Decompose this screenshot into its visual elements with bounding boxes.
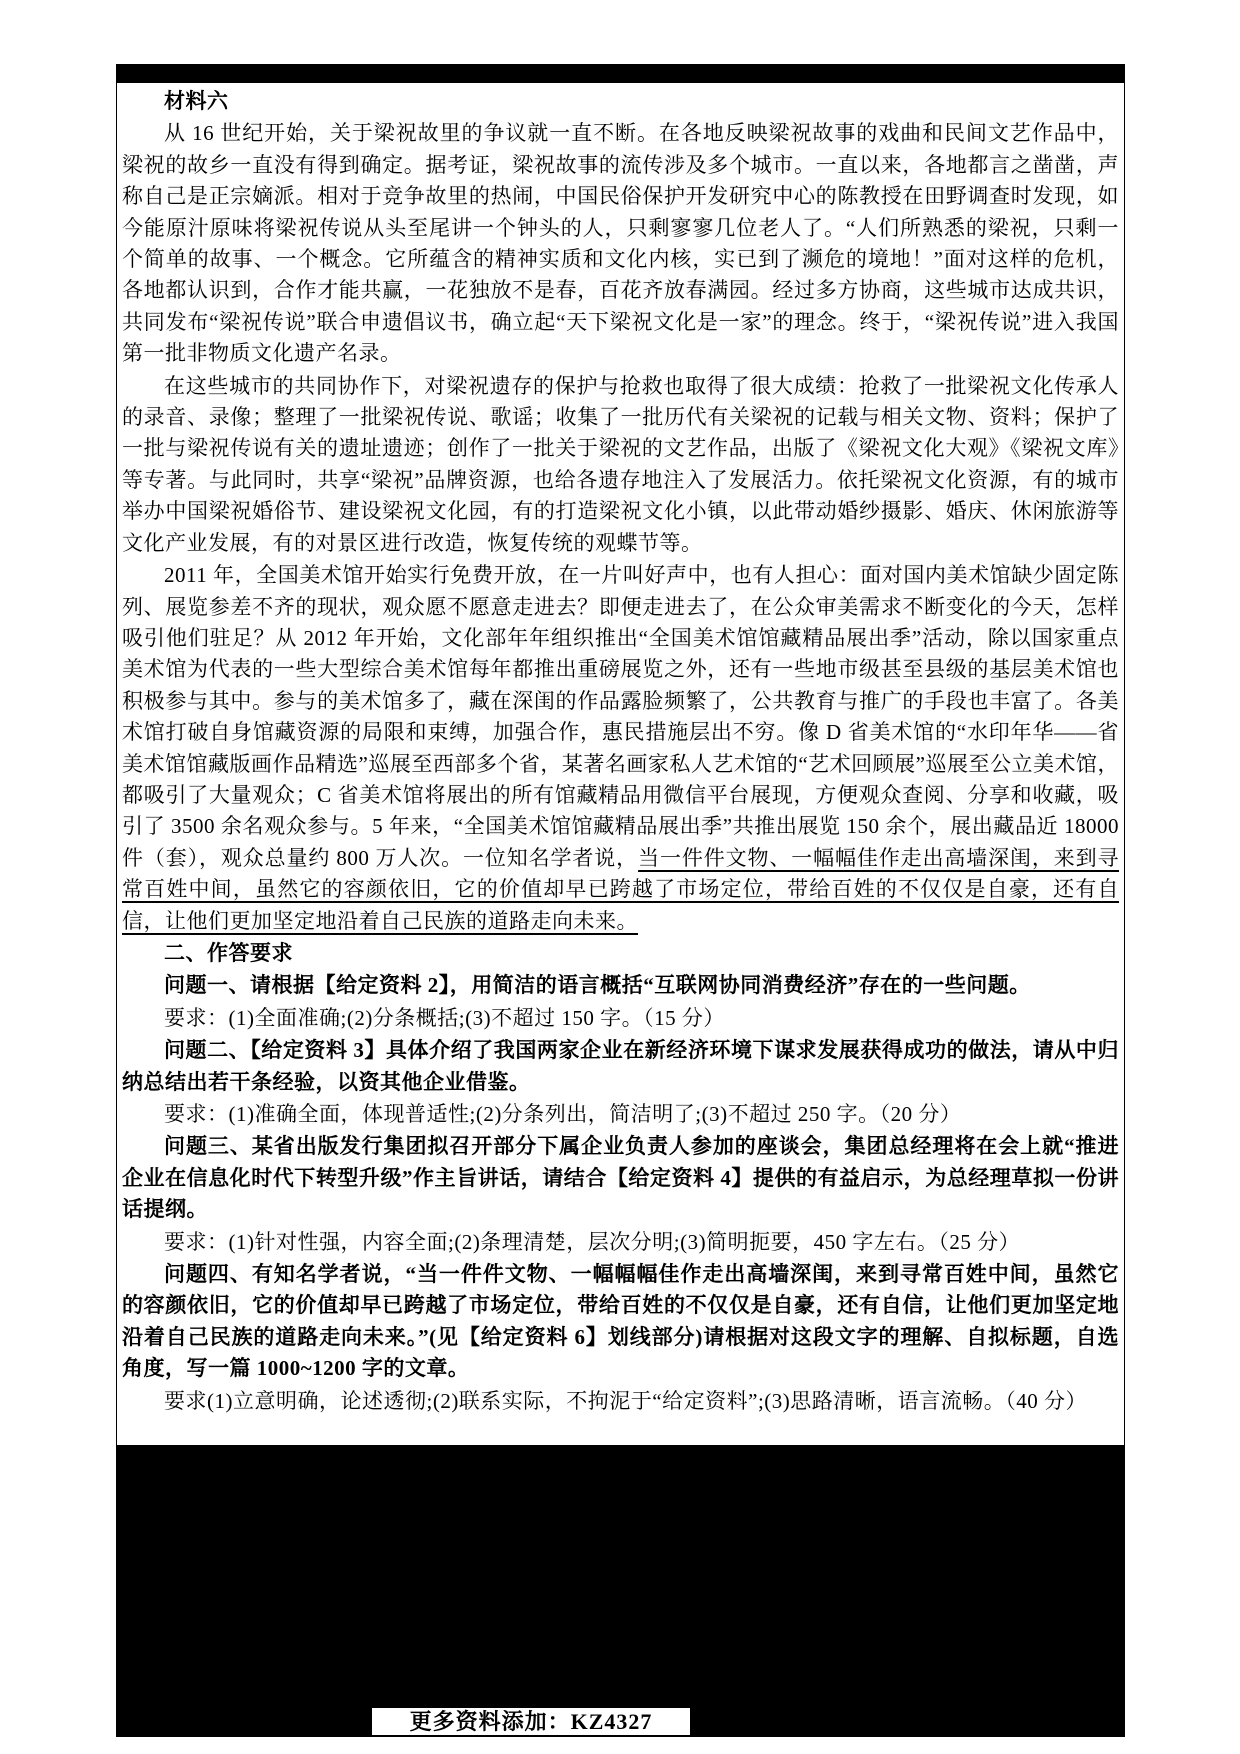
- paragraph-text: 2011 年，全国美术馆开始实行免费开放，在一片叫好声中，也有人担心：面对国内美…: [122, 563, 1119, 870]
- material-paragraph: 在这些城市的共同协作下，对梁祝遗存的保护与抢救也取得了很大成绩：抢救了一批梁祝文…: [122, 371, 1119, 559]
- question-prompt: 问题一、请根据【给定资料 2】，用简洁的语言概括“互联网协同消费经济”存在的一些…: [122, 970, 1119, 1001]
- material-paragraph: 2011 年，全国美术馆开始实行免费开放，在一片叫好声中，也有人担心：面对国内美…: [122, 560, 1119, 937]
- question-requirement: 要求：(1)针对性强，内容全面;(2)条理清楚，层次分明;(3)简明扼要，450…: [122, 1227, 1119, 1258]
- document-body: 材料六 从 16 世纪开始，关于梁祝故里的争议就一直不断。在各地反映梁祝故事的戏…: [116, 83, 1125, 1445]
- paragraph-text: 从 16 世纪开始，关于梁祝故里的争议就一直不断。在各地反映梁祝故事的戏曲和民间…: [122, 121, 1119, 365]
- question-requirement: 要求：(1)全面准确;(2)分条概括;(3)不超过 150 字。（15 分）: [122, 1003, 1119, 1034]
- document-page: 材料六 从 16 世纪开始，关于梁祝故里的争议就一直不断。在各地反映梁祝故事的戏…: [0, 0, 1240, 1754]
- question-prompt: 问题三、某省出版发行集团拟召开部分下属企业负责人参加的座谈会，集团总经理将在会上…: [122, 1131, 1119, 1225]
- content-frame: 材料六 从 16 世纪开始，关于梁祝故里的争议就一直不断。在各地反映梁祝故事的戏…: [116, 64, 1125, 1737]
- paragraph-text: 在这些城市的共同协作下，对梁祝遗存的保护与抢救也取得了很大成绩：抢救了一批梁祝文…: [122, 374, 1119, 555]
- material-heading: 材料六: [122, 86, 1119, 117]
- question-requirement: 要求(1)立意明确，论述透彻;(2)联系实际，不拘泥于“给定资料”;(3)思路清…: [122, 1386, 1119, 1417]
- question-prompt: 问题二、【给定资料 3】具体介绍了我国两家企业在新经济环境下谋求发展获得成功的做…: [122, 1035, 1119, 1098]
- question-prompt: 问题四、有知名学者说，“当一件件文物、一幅幅幅佳作走出高墙深闺，来到寻常百姓中间…: [122, 1259, 1119, 1385]
- question-requirement: 要求：(1)准确全面，体现普适性;(2)分条列出，简洁明了;(3)不超过 250…: [122, 1099, 1119, 1130]
- questions: 问题一、请根据【给定资料 2】，用简洁的语言概括“互联网协同消费经济”存在的一些…: [122, 970, 1119, 1417]
- watermark-text: 更多资料添加：KZ4327: [410, 1708, 653, 1735]
- bottom-black-region: 更多资料添加：KZ4327: [116, 1445, 1125, 1737]
- material-paragraph: 从 16 世纪开始，关于梁祝故里的争议就一直不断。在各地反映梁祝故事的戏曲和民间…: [122, 118, 1119, 369]
- watermark-box: 更多资料添加：KZ4327: [372, 1708, 690, 1735]
- answer-section-heading: 二、作答要求: [122, 938, 1119, 969]
- top-black-bar: [116, 64, 1125, 83]
- material-paragraphs: 从 16 世纪开始，关于梁祝故里的争议就一直不断。在各地反映梁祝故事的戏曲和民间…: [122, 118, 1119, 937]
